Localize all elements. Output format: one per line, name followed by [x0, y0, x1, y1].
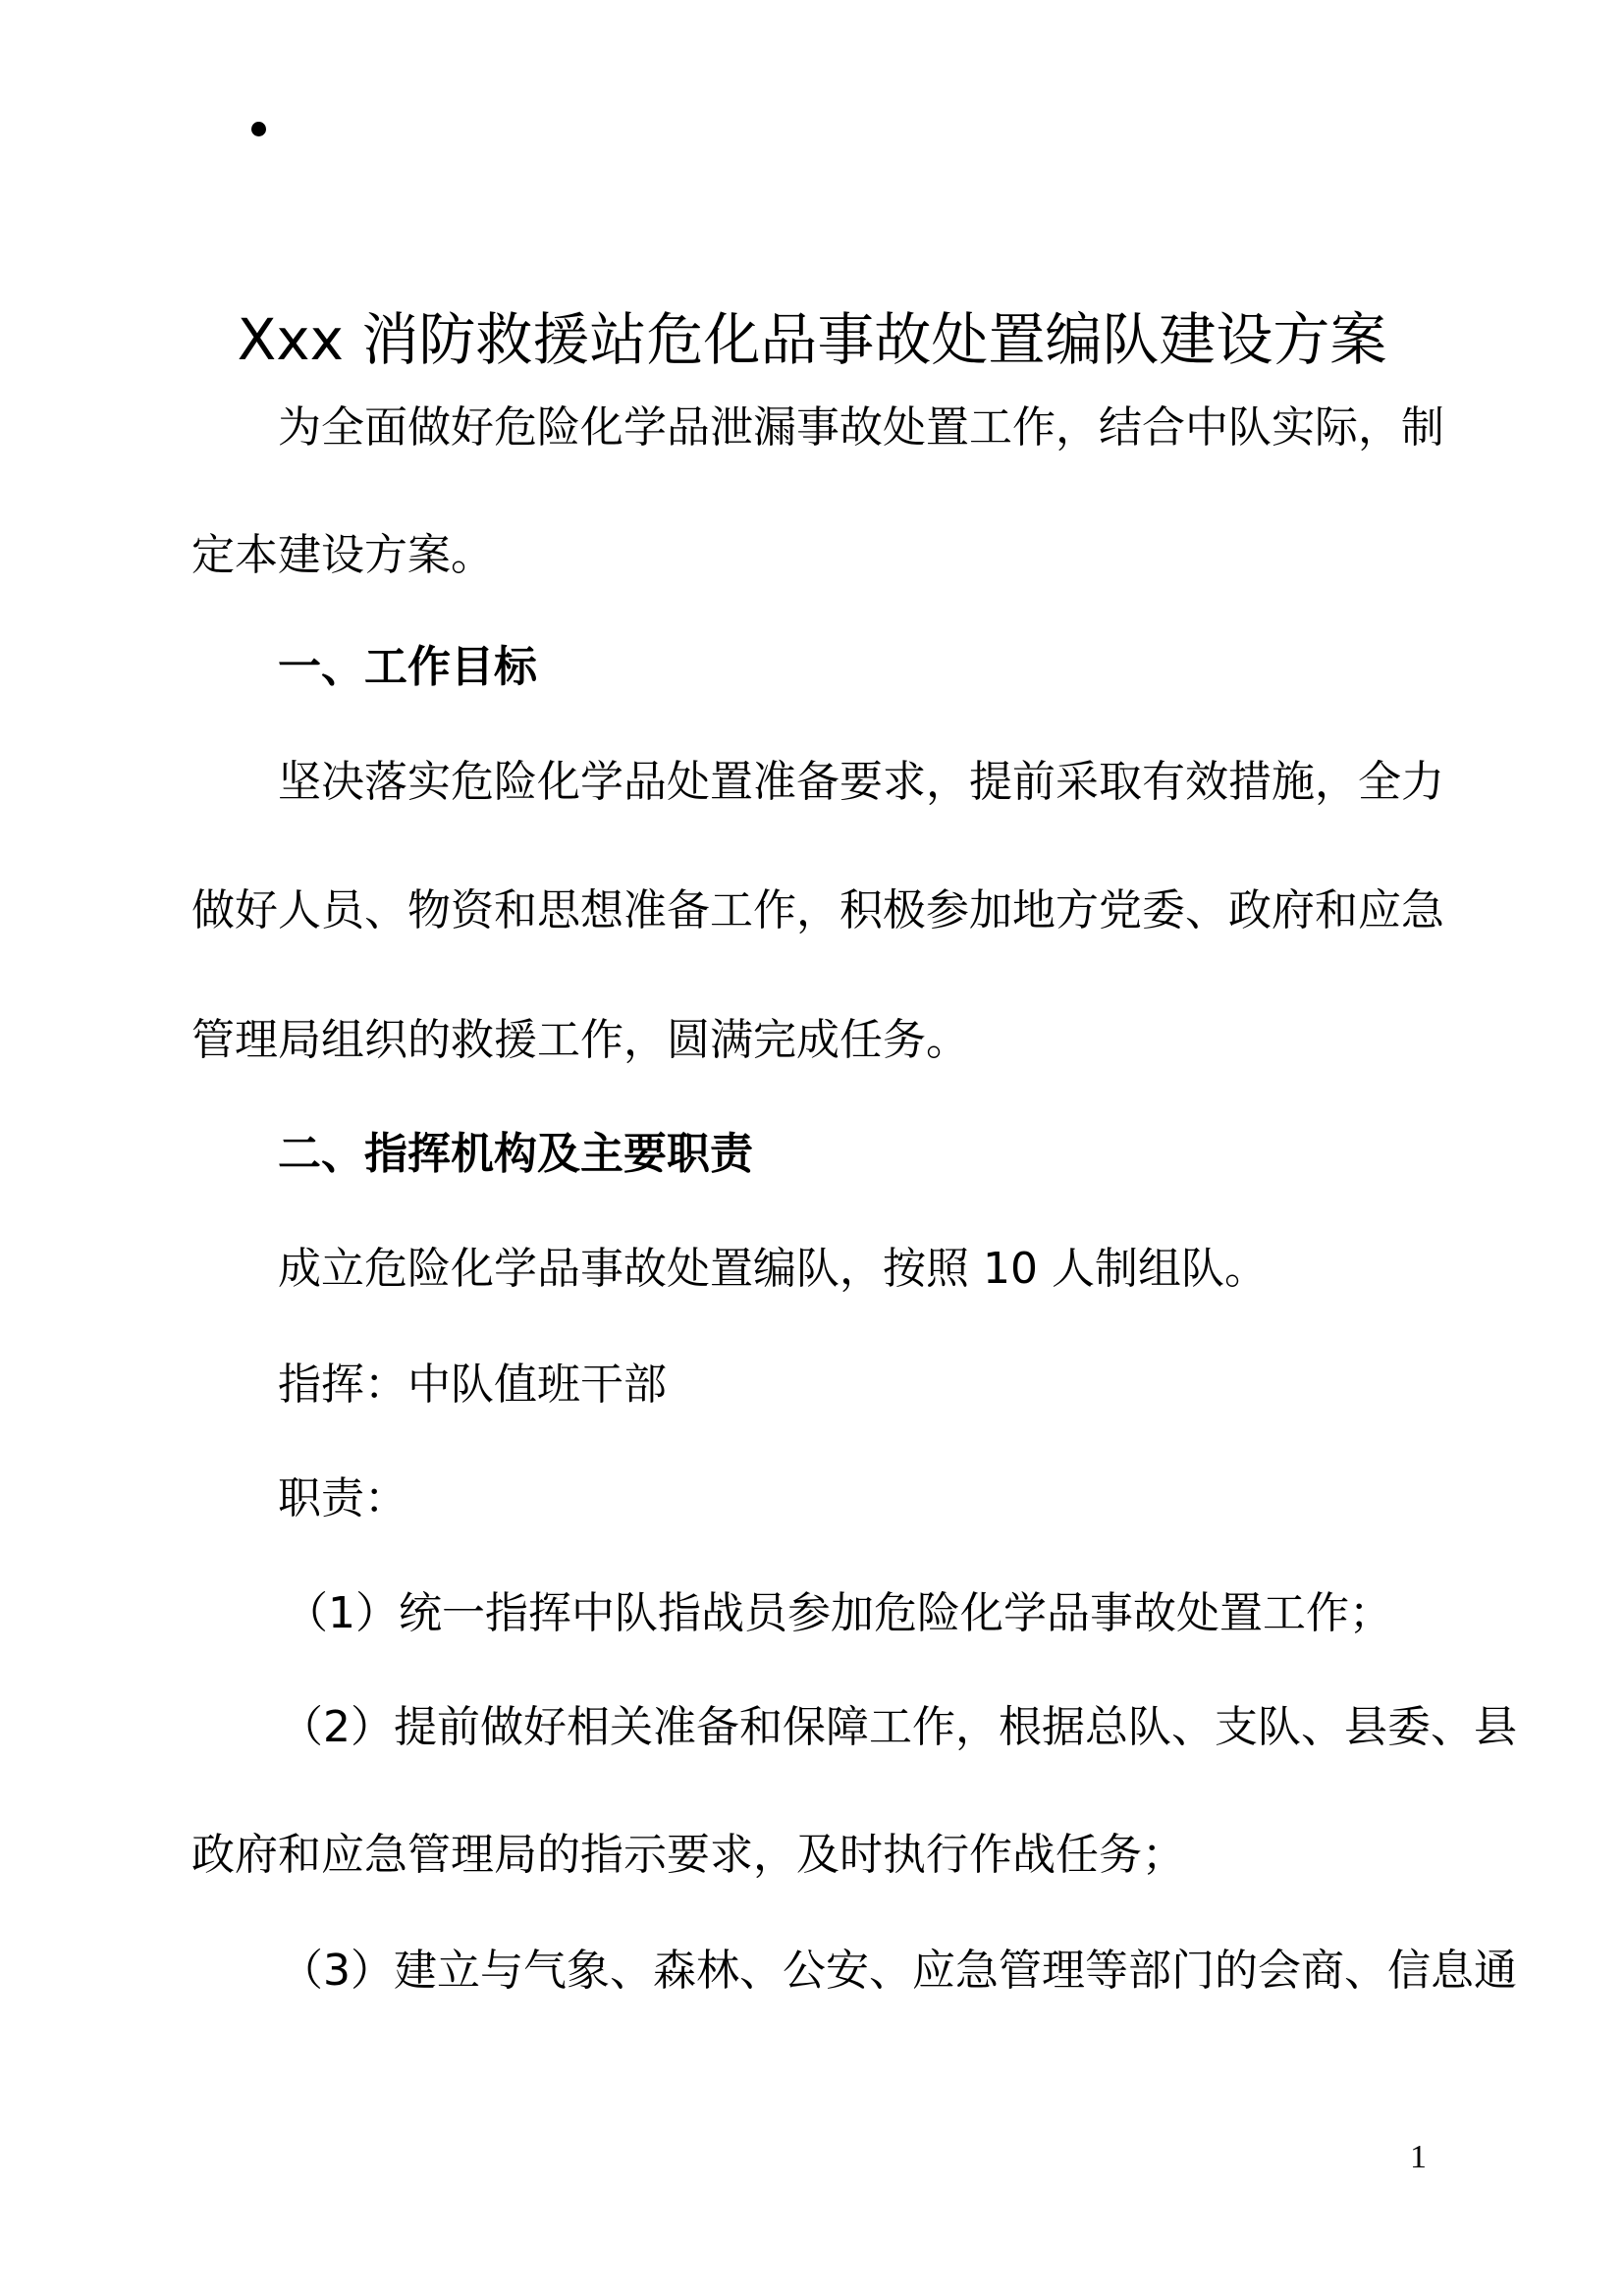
duty-item-1: （1）统一指挥中队指战员参加危险化学品事故处置工作； — [285, 1584, 1439, 1643]
intro-line-2: 定本建设方案。 — [191, 526, 1433, 585]
section-1-line-1: 坚决落实危险化学品处置准备要求，提前采取有效措施，全力 — [278, 753, 1433, 812]
section-1-line-2: 做好人员、物资和思想准备工作，积极参加地方党委、政府和应急 — [191, 881, 1433, 940]
section-2-heading: 二、指挥机构及主要职责 — [278, 1125, 1433, 1184]
section-2-commander: 指挥：中队值班干部 — [278, 1356, 1433, 1415]
bullet-dot-icon — [251, 122, 266, 136]
duty-item-3: （3）建立与气象、森林、公安、应急管理等部门的会商、信息通 — [280, 1942, 1433, 2001]
section-1-line-3: 管理局组织的救援工作，圆满完成任务。 — [191, 1011, 1433, 1070]
section-2-duties-label: 职责： — [278, 1469, 1433, 1528]
section-1-heading: 一、工作目标 — [278, 638, 1433, 697]
document-title: Xxx 消防救援站危化品事故处置编队建设方案 — [191, 304, 1433, 375]
duty-item-2-cont: 政府和应急管理局的指示要求，及时执行作战任务； — [191, 1826, 1433, 1885]
page-number: 1 — [1410, 2138, 1427, 2177]
intro-line-1: 为全面做好危险化学品泄漏事故处置工作，结合中队实际，制 — [278, 399, 1433, 457]
duty-item-2: （2）提前做好相关准备和保障工作，根据总队、支队、县委、县 — [280, 1698, 1433, 1757]
section-2-line-1: 成立危险化学品事故处置编队，按照 10 人制组队。 — [278, 1240, 1433, 1299]
